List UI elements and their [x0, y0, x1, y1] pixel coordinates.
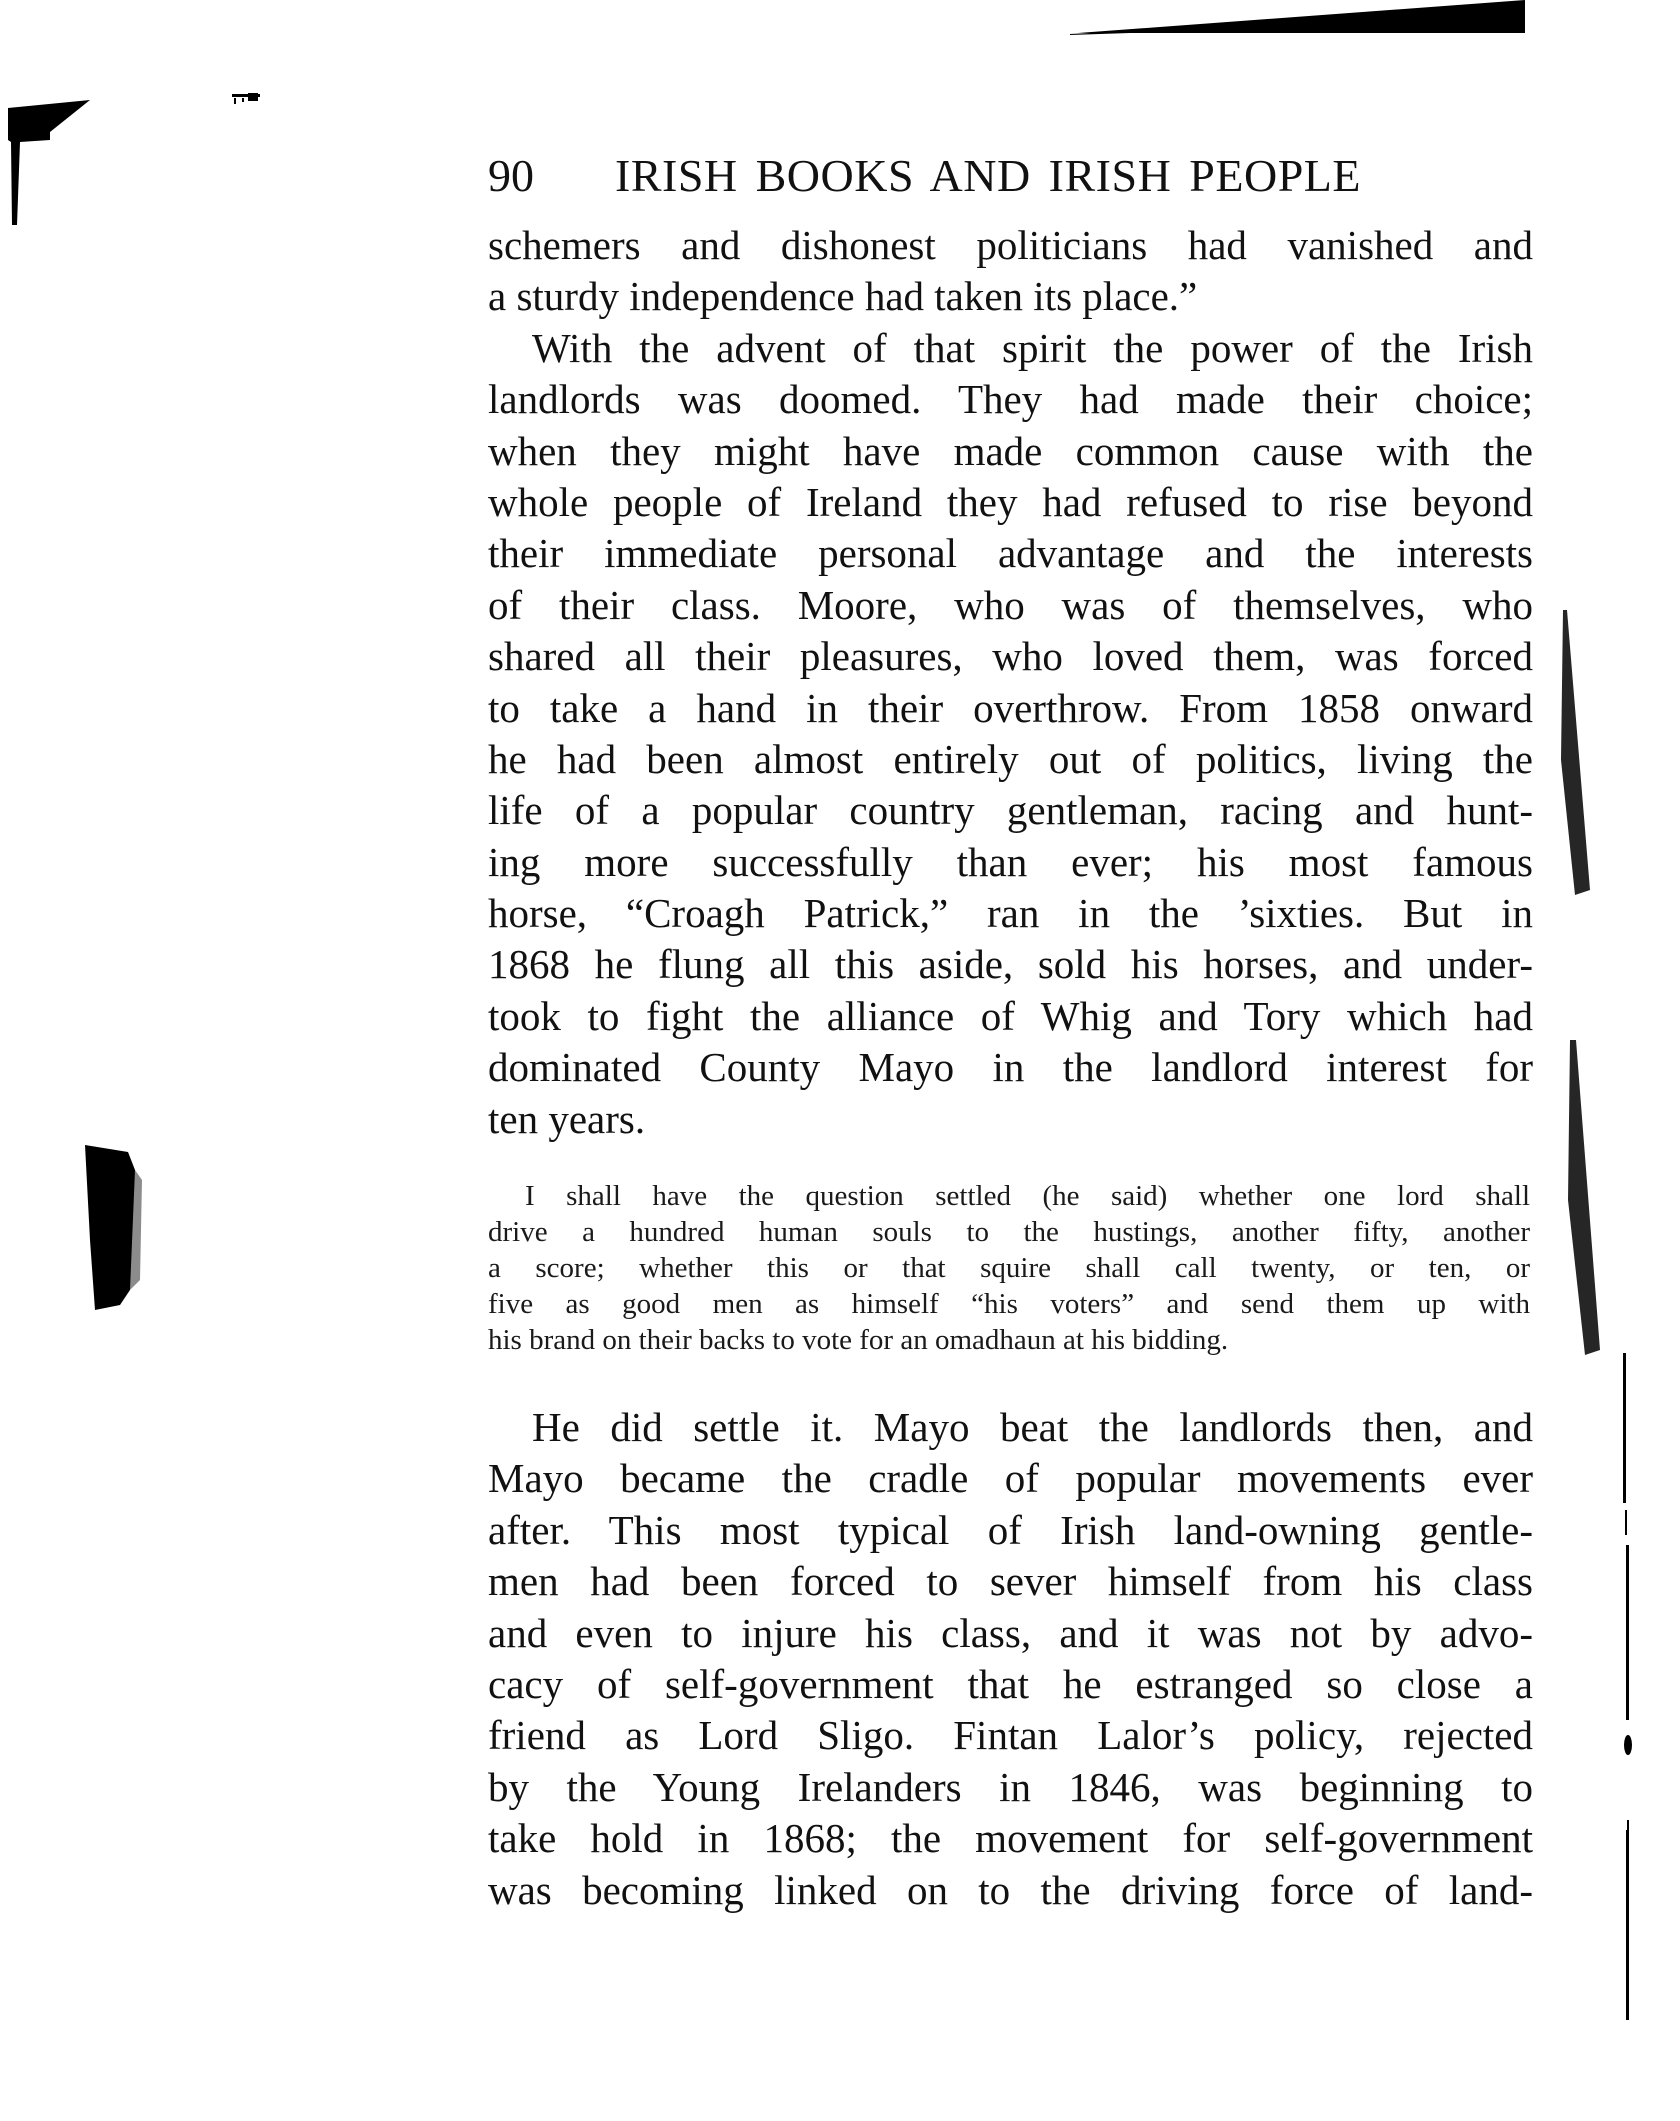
- quote-line: a score; whether this or that squire sha…: [488, 1250, 1530, 1286]
- block-quote: I shall have the question settled (he sa…: [488, 1178, 1530, 1358]
- text-line: of their class. Moore, who was of themse…: [488, 580, 1533, 631]
- text-line: when they might have made common cause w…: [488, 426, 1533, 477]
- left-margin-smudge: [80, 1140, 150, 1320]
- text-line: ing more successfully than ever; his mos…: [488, 837, 1533, 888]
- text-line: their immediate personal advantage and t…: [488, 528, 1533, 579]
- text-line: Mayo became the cradle of popular moveme…: [488, 1453, 1533, 1504]
- text-line: He did settle it. Mayo beat the landlord…: [488, 1402, 1533, 1453]
- text-line: and even to injure his class, and it was…: [488, 1608, 1533, 1659]
- text-line: by the Young Irelanders in 1846, was beg…: [488, 1762, 1533, 1813]
- text-line: a sturdy independence had taken its plac…: [488, 271, 1533, 322]
- text-line: cacy of self-government that he estrange…: [488, 1659, 1533, 1710]
- text-line: life of a popular country gentleman, rac…: [488, 785, 1533, 836]
- running-title: IRISH BOOKS AND IRISH PEOPLE: [615, 148, 1361, 204]
- text-line: take hold in 1868; the movement for self…: [488, 1813, 1533, 1864]
- right-margin-shadow-lower: [1560, 1040, 1605, 1360]
- text-line: was becoming linked on to the driving fo…: [488, 1865, 1533, 1916]
- running-head: 90 IRISH BOOKS AND IRISH PEOPLE: [488, 148, 1418, 204]
- text-line: 1868 he flung all this aside, sold his h…: [488, 939, 1533, 990]
- text-line: landlords was doomed. They had made thei…: [488, 374, 1533, 425]
- top-left-corner-mark: [0, 100, 100, 230]
- text-line: took to fight the alliance of Whig and T…: [488, 991, 1533, 1042]
- text-line: men had been forced to sever himself fro…: [488, 1556, 1533, 1607]
- text-line: With the advent of that spirit the power…: [488, 323, 1533, 374]
- right-edge-line: [1618, 1350, 1638, 2020]
- text-line: schemers and dishonest politicians had v…: [488, 220, 1533, 271]
- text-line: after. This most typical of Irish land-o…: [488, 1505, 1533, 1556]
- quote-line: his brand on their backs to vote for an …: [488, 1322, 1530, 1358]
- text-line: friend as Lord Sligo. Fintan Lalor’s pol…: [488, 1710, 1533, 1761]
- quote-line: five as good men as himself “his voters”…: [488, 1286, 1530, 1322]
- text-line: whole people of Ireland they had refused…: [488, 477, 1533, 528]
- speck-mark: [230, 92, 280, 112]
- scanned-book-page: 90 IRISH BOOKS AND IRISH PEOPLE schemers…: [0, 0, 1680, 2121]
- body-text-lower: He did settle it. Mayo beat the landlord…: [488, 1402, 1533, 1916]
- text-line: horse, “Croagh Patrick,” ran in the ’six…: [488, 888, 1533, 939]
- text-line: ten years.: [488, 1094, 1533, 1145]
- top-edge-scan-shadow: [1070, 0, 1530, 40]
- right-margin-shadow-upper: [1555, 610, 1595, 900]
- text-line: shared all their pleasures, who loved th…: [488, 631, 1533, 682]
- body-text-upper: schemers and dishonest politicians had v…: [488, 220, 1533, 1145]
- quote-line: I shall have the question settled (he sa…: [488, 1178, 1530, 1214]
- text-line: to take a hand in their overthrow. From …: [488, 683, 1533, 734]
- quote-line: drive a hundred human souls to the husti…: [488, 1214, 1530, 1250]
- text-line: dominated County Mayo in the landlord in…: [488, 1042, 1533, 1093]
- text-line: he had been almost entirely out of polit…: [488, 734, 1533, 785]
- page-number: 90: [488, 148, 534, 204]
